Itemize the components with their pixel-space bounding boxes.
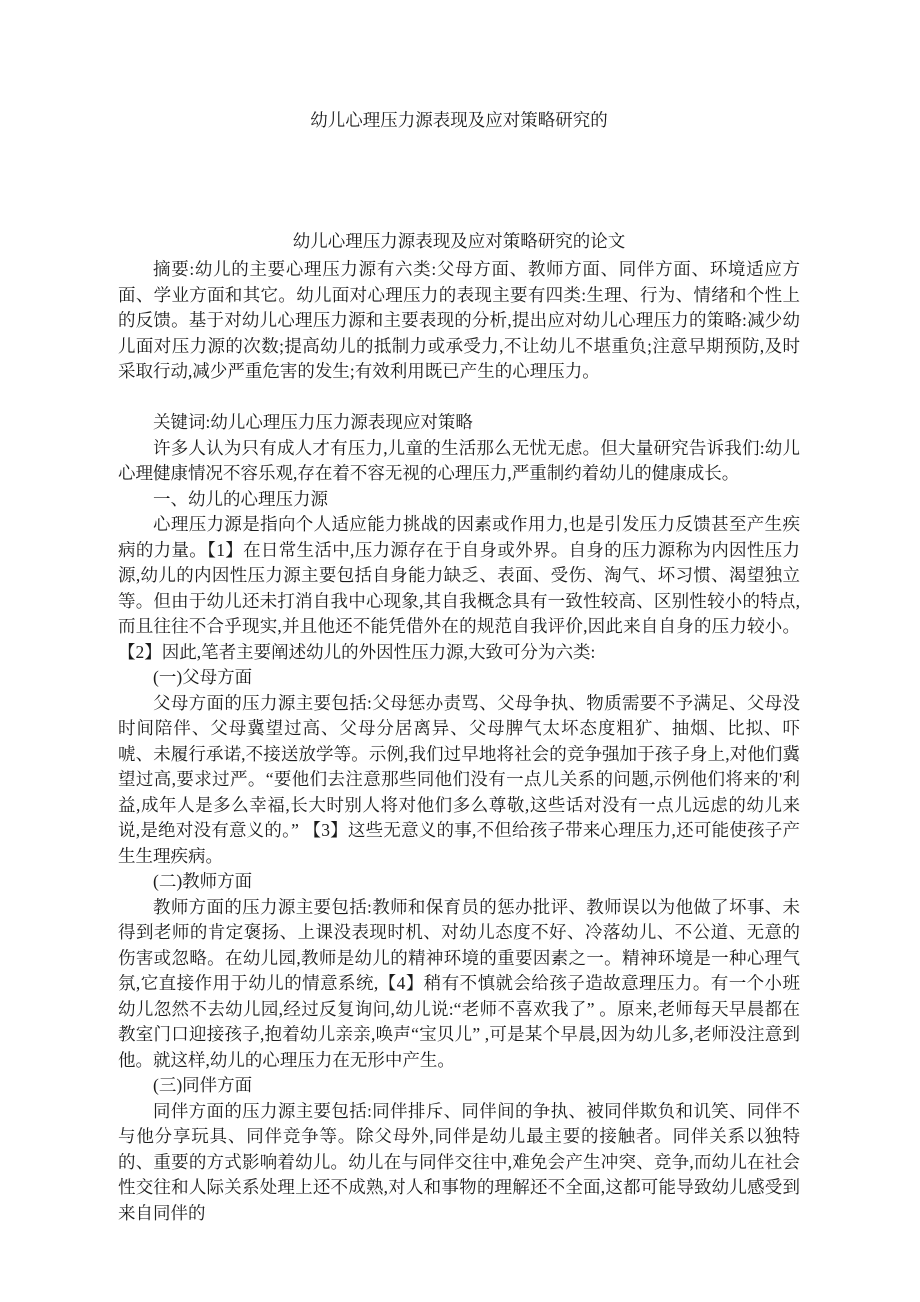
paragraph: (二)教师方面 — [118, 869, 800, 895]
document-page: 幼儿心理压力源表现及应对策略研究的 幼儿心理压力源表现及应对策略研究的论文 摘要… — [0, 0, 920, 1302]
document-body: 摘要:幼儿的主要心理压力源有六类:父母方面、教师方面、同伴方面、环境适应方面、学… — [118, 257, 800, 1226]
paragraph: 一、幼儿的心理压力源 — [118, 487, 800, 513]
paragraph: 同伴方面的压力源主要包括:同伴排斥、同伴间的争执、被同伴欺负和讥笑、同伴不与他分… — [118, 1099, 800, 1227]
paragraph: 许多人认为只有成人才有压力,儿童的生活那么无忧无虑。但大量研究告诉我们:幼儿心理… — [118, 436, 800, 487]
paragraph: 父母方面的压力源主要包括:父母惩办责骂、父母争执、物质需要不予满足、父母没时间陪… — [118, 691, 800, 870]
paragraph: (三)同伴方面 — [118, 1073, 800, 1099]
paragraph: 关键词:幼儿心理压力压力源表现应对策略 — [118, 410, 800, 436]
paragraph: (一)父母方面 — [118, 665, 800, 691]
paragraph: 教师方面的压力源主要包括:教师和保育员的惩办批评、教师误以为他做了坏事、未得到老… — [118, 895, 800, 1074]
paragraph: 摘要:幼儿的主要心理压力源有六类:父母方面、教师方面、同伴方面、环境适应方面、学… — [118, 257, 800, 385]
blank-line — [118, 385, 800, 411]
paragraph: 心理压力源是指向个人适应能力挑战的因素或作用力,也是引发压力反馈甚至产生疾病的力… — [118, 512, 800, 665]
document-title: 幼儿心理压力源表现及应对策略研究的 — [118, 108, 800, 133]
document-heading: 幼儿心理压力源表现及应对策略研究的论文 — [118, 229, 800, 254]
